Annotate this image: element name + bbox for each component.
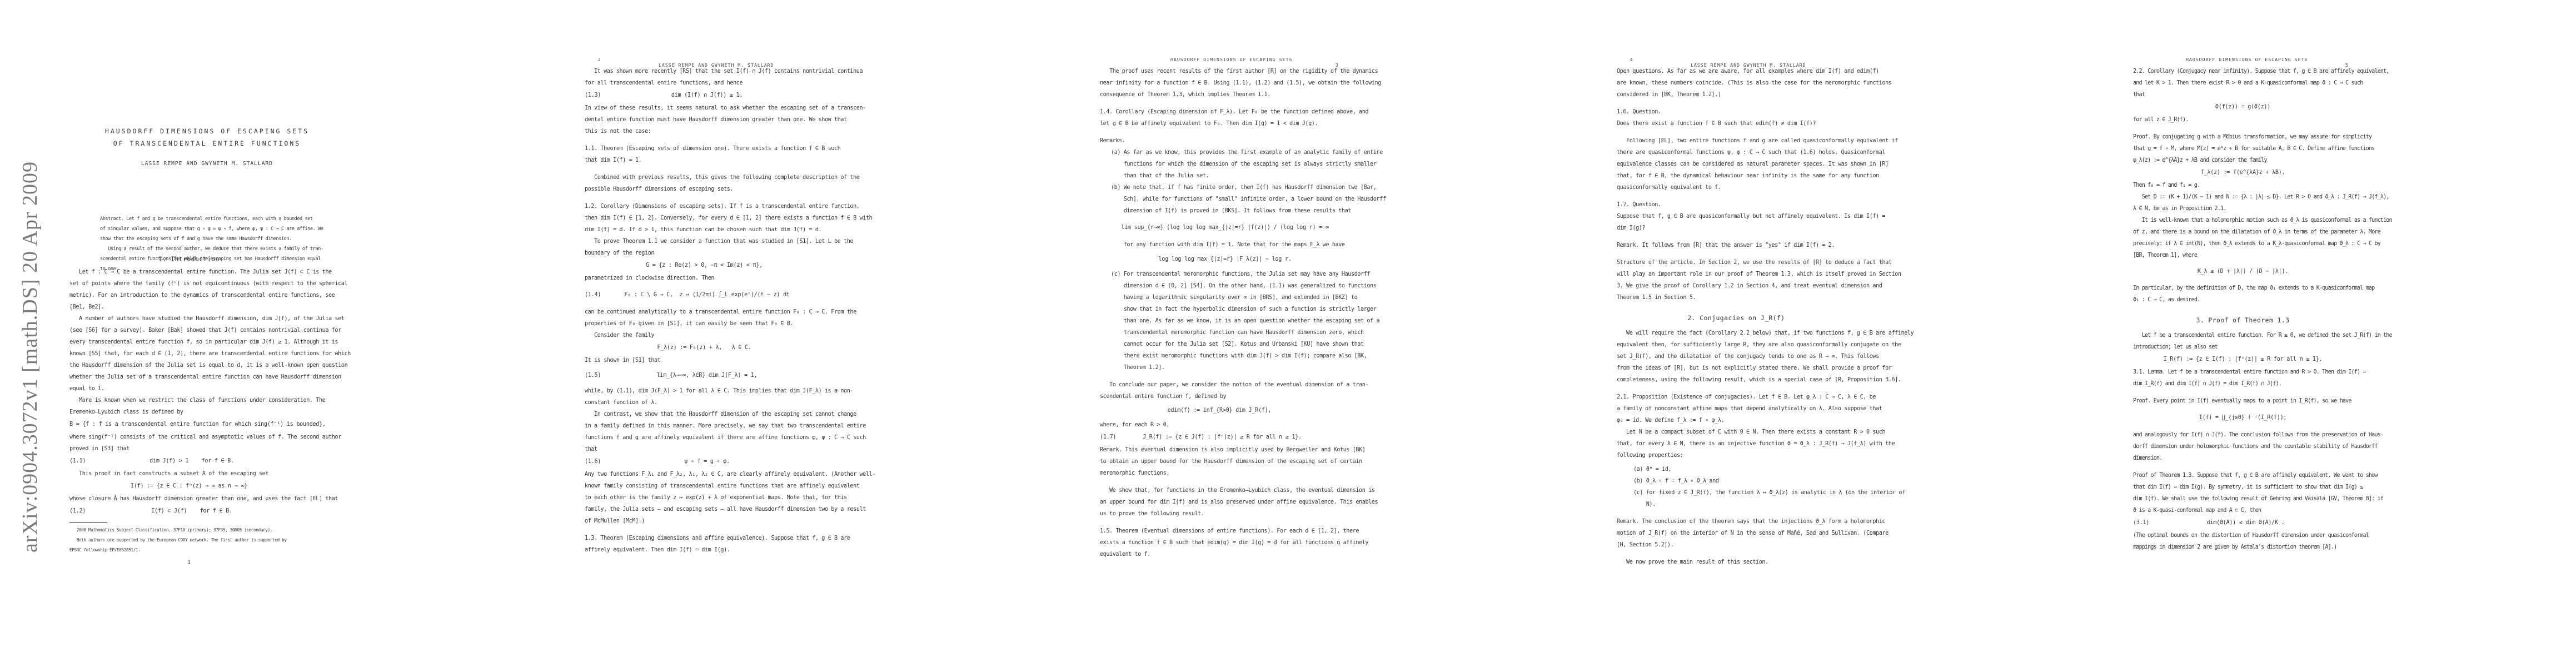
body-line: The proof uses recent results of the fir…: [1100, 66, 1339, 77]
body-line: to each other is the family z ↦ exp(z) +…: [585, 492, 824, 504]
body-line: We will require the fact (Corollary 2.2 …: [1617, 327, 1856, 339]
body-line: consequence of Theorem 1.3, which implie…: [1100, 89, 1339, 101]
body-line: set of points where the family (fⁿ) is n…: [69, 278, 308, 290]
property-item: (b) ϑ_λ ∘ f = f_λ ∘ ϑ_λ and: [1633, 475, 1856, 487]
page-number: 1: [69, 558, 308, 568]
equation-1-1: (1.1)dim J(f) > 1 for f ∈ B.: [69, 455, 308, 468]
page-3: HAUSDORFF DIMENSIONS OF ESCAPING SETS 3 …: [1030, 0, 1546, 667]
body-line: from the ideas of [R], but is not explic…: [1617, 362, 1856, 374]
body-line: A number of authors have studied the Hau…: [69, 313, 308, 325]
body-line: whose closure Ā has Hausdorff dimension …: [69, 493, 308, 505]
section-heading-conjugacies: 2. Conjugacies on J_R(f): [1617, 315, 1856, 322]
body-line: that, for f ∈ B, the dynamical behaviour…: [1617, 170, 1856, 182]
remark-a: (a) As far as we know, this provides the…: [1111, 147, 1339, 158]
proof-line: In particular, by the definition of D, t…: [2133, 282, 2353, 294]
remark-c: (c) For transcendental meromorphic funct…: [1111, 268, 1339, 280]
equation-1-4: (1.4)F₀ : C \ Ḡ → C, z ↦ (1/2πi) ∫_L exp…: [585, 284, 824, 306]
body-line: are known, these numbers coincide. (This…: [1617, 77, 1856, 89]
equation-1-3: (1.3)dim (I(f) ∩ J(f)) ≥ 1.: [585, 89, 824, 102]
corollary-2-2: 2.2. Corollary (Conjugacy near infinity)…: [2133, 66, 2353, 77]
introduction: 1. Introduction Let f : C → C be a trans…: [69, 256, 308, 568]
body-line: parametrized in clockwise direction. The…: [585, 272, 824, 284]
body-line: dental entire function must have Hausdor…: [585, 114, 824, 126]
body-line: Remark. This eventual dimension is also …: [1100, 444, 1339, 456]
running-head-title: HAUSDORFF DIMENSIONS OF ESCAPING SETS: [2186, 57, 2308, 62]
footnote-msc: 2000 Mathematics Subject Classification.…: [69, 525, 308, 535]
body-line: Let f be a transcendental entire functio…: [2133, 330, 2353, 341]
property-item: (c) for fixed z ∈ J_R(f), the function λ…: [1633, 487, 1856, 499]
corollary-2-2: that: [2133, 89, 2353, 101]
body-line: there are quasiconformal functions ψ, φ …: [1617, 147, 1856, 158]
proof-line: dim I(f). We shall use the following res…: [2133, 493, 2353, 505]
section-heading-introduction: 1. Introduction: [69, 256, 308, 263]
abstract-line: Abstract. Let f and g be transcendental …: [100, 214, 311, 224]
body-line: for all z ∈ J_R(f).: [2133, 114, 2353, 126]
body-line: To prove Theorem 1.1 we consider a funct…: [585, 236, 824, 247]
body-line: will play an important role in our proof…: [1617, 268, 1856, 280]
equation-edim: edim(f) := inf_{R>0} dim J_R(f),: [1100, 402, 1339, 419]
paper-title-line-2: OF TRANSCENDENTAL ENTIRE FUNCTIONS: [83, 137, 331, 150]
equation-escaping-set: I(f) := {z ∈ C : fⁿ(z) → ∞ as n → ∞}: [69, 480, 308, 493]
proof-line: that g = f ∘ M, where M(z) = eᴬz + B for…: [2133, 143, 2353, 155]
body-line: every transcendental entire function f, …: [69, 336, 308, 348]
proof-line: Proof. By conjugating g with a Möbius tr…: [2133, 131, 2353, 143]
body-line: Theorem 1.5 in Section 5.: [1617, 292, 1856, 303]
theorem-1-3: affinely equivalent. Then dim I(f) = dim…: [585, 544, 824, 556]
equation-conjugacy: ϑ(f(z)) = g(ϑ(z)): [2133, 101, 2353, 114]
body-line: where sing(f⁻¹) consists of the critical…: [69, 431, 308, 443]
body-line: Any two functions F_λ₁ and F_λ₂, λ₁, λ₂ …: [585, 469, 824, 480]
equation-1-7: (1.7)J_R(f) := {z ∈ J(f) : |fⁿ(z)| ≥ R f…: [1100, 431, 1339, 444]
body-line: proved in [S3] that: [69, 443, 308, 455]
body-line: More is known when we restrict the class…: [69, 395, 308, 406]
body-line: We now prove the main result of this sec…: [1617, 556, 1856, 568]
equation-union: I(f) = ⋃_{j≥0} f⁻ʲ(I_R(f));: [2133, 407, 2353, 429]
remark-b: (b) We note that, if f has finite order,…: [1111, 182, 1339, 193]
body-line: Open questions. As far as we are aware, …: [1617, 66, 1856, 77]
proposition-2-1: that, for every λ ∈ N, there is an injec…: [1617, 438, 1856, 450]
paper-authors: LASSE REMPE AND GWYNETH M. STALLARD: [83, 161, 331, 167]
theorem-1-1: 1.1. Theorem (Escaping sets of dimension…: [585, 143, 824, 155]
property-item: N).: [1633, 499, 1856, 510]
remark-a: functions for which the dimension of the…: [1111, 158, 1339, 170]
remarks-heading: Remarks.: [1100, 135, 1339, 147]
body-line: To conclude our paper, we consider the n…: [1100, 379, 1339, 391]
body-line: Remark. The conclusion of the theorem sa…: [1617, 516, 1856, 527]
page-2: 2 LASSE REMPE AND GWYNETH M. STALLARD It…: [515, 0, 1030, 667]
body-line: an upper bound for dim I(f) and is also …: [1100, 496, 1339, 508]
remark-a: than that of the Julia set.: [1111, 170, 1339, 182]
section-heading-proof-theorem-1-3: 3. Proof of Theorem 1.3: [2133, 317, 2353, 324]
corollary-1-4: 1.4. Corollary (Escaping dimension of F_…: [1100, 106, 1339, 118]
body-line: known family consisting of transcendenta…: [585, 480, 824, 492]
proof-line: mappings in dimension 2 are given by Ast…: [2133, 541, 2353, 553]
body-line: set J_R(f), and the dilatation of the co…: [1617, 351, 1856, 362]
page-1: HAUSDORFF DIMENSIONS OF ESCAPING SETS OF…: [0, 0, 515, 667]
body-line: known [S5] that, for each d ∈ (1, 2], th…: [69, 348, 308, 360]
body-line: It was shown more recently [RS] that the…: [585, 66, 824, 77]
equation-family-F: F_λ(z) := F₀(z) + λ, λ ∈ C.: [585, 341, 824, 355]
corollary-2-2: and let K > 1. Then there exist R > 0 an…: [2133, 77, 2353, 89]
proposition-2-1: a family of nonconstant affine maps that…: [1617, 403, 1856, 415]
running-head-title: HAUSDORFF DIMENSIONS OF ESCAPING SETS: [1170, 57, 1292, 62]
body-line: Remark. It follows from [R] that the ans…: [1617, 240, 1856, 251]
proposition-2-1: 2.1. Proposition (Existence of conjugaci…: [1617, 391, 1856, 403]
equation-3-1: (3.1)dim(ϑ(A)) ≤ dim ϑ(A)/K .: [2133, 516, 2353, 530]
proof-line: precisely: if λ ∈ int(N), then ϑ_λ exten…: [2133, 238, 2353, 250]
body-line: metric). For an introduction to the dyna…: [69, 290, 308, 301]
body-line: Eremenko–Lyubich class is defined by: [69, 406, 308, 418]
proof-line: of z, and there is a bound on the dilata…: [2133, 226, 2353, 238]
body-line: We show that, for functions in the Ereme…: [1100, 485, 1339, 496]
body-line: [H, Section 5.2]).: [1617, 539, 1856, 551]
theorem-1-3: 1.3. Theorem (Escaping dimensions and af…: [585, 532, 824, 544]
body-line: considered in [BK, Theorem 1.2].): [1617, 89, 1856, 101]
equation-1-2: (1.2)I(f) ⊂ J(f) for f ∈ B.: [69, 505, 308, 518]
proposition-2-1: following properties:: [1617, 450, 1856, 461]
equation-1-6: (1.6)ψ ∘ f = g ∘ φ.: [585, 455, 824, 469]
proof-line: [BR, Theorem 1], where: [2133, 250, 2353, 261]
body-line: while, by (1.1), dim J(F_λ) > 1 for all …: [585, 385, 824, 397]
body-line: to obtain an upper bound for the Hausdor…: [1100, 456, 1339, 467]
question-1-7: 1.7. Question.: [1617, 199, 1856, 211]
body-line: motion of J_R(f) on the interior of N in…: [1617, 527, 1856, 539]
remark-b: dimension of I(f) is proved in [BKS]. It…: [1111, 205, 1339, 217]
theorem-1-5: equivalent to f.: [1100, 549, 1339, 560]
question-1-6: Does there exist a function f ∈ B such t…: [1617, 118, 1856, 130]
lemma-3-1: dim I_R(f) and dim I(f) ∩ J(f) = dim I_R…: [2133, 378, 2353, 390]
body-line: in a family defined in this manner. More…: [585, 420, 824, 432]
proof-line: and analogously for I(f) ∩ J(f). The con…: [2133, 429, 2353, 441]
corollary-1-2: then dim I(f) ∈ [1, 2]. Conversely, for …: [585, 212, 824, 224]
theorem-1-1: that dim I(f) = 1.: [585, 155, 824, 166]
body-line: possible Hausdorff dimensions of escapin…: [585, 183, 824, 195]
page-3-body: The proof uses recent results of the fir…: [1100, 66, 1339, 560]
page-number: 2: [598, 57, 601, 62]
body-line: where, for each R > 0,: [1100, 419, 1339, 431]
body-line: properties of F₀ given in [S1], it can e…: [585, 318, 824, 330]
body-line: In view of these results, it seems natur…: [585, 102, 824, 114]
body-line: family, the Julia sets – and escaping se…: [585, 504, 824, 515]
proposition-2-1: Let N be a compact subset of C with 0 ∈ …: [1617, 426, 1856, 438]
body-line: functions f and g are affinely equivalen…: [585, 432, 824, 444]
page-4-body: Open questions. As far as we are aware, …: [1617, 66, 1856, 568]
remark-c: there exist meromorphic functions with d…: [1111, 350, 1339, 362]
proof-line: that dim I(f) = dim I(g). By symmetry, i…: [2133, 481, 2353, 493]
body-line: Let f : C → C be a transcendental entire…: [69, 266, 308, 278]
remark-c: cannot occur for the Julia set [S2]. Kot…: [1111, 339, 1339, 350]
question-1-7: Suppose that f, g ∈ B are quasiconformal…: [1617, 211, 1856, 222]
page-4: 4 LASSE REMPE AND GWYNETH M. STALLARD Op…: [1546, 0, 2061, 667]
body-line: whether the Julia set of a transcendenta…: [69, 371, 308, 383]
body-line: for all transcendental entire functions,…: [585, 77, 824, 89]
remark-c: than one. As far as we know, it is an op…: [1111, 315, 1339, 327]
page-number: 4: [1630, 57, 1633, 62]
equation-I-R: I_R(f) := {z ∈ I(f) : |fⁿ(z)| ≥ R for al…: [2133, 353, 2353, 366]
equation-limsup: lim sup_{r→∞} (log log log max_{|z|=r} |…: [1111, 217, 1339, 239]
footnote-rule: [69, 522, 107, 523]
body-line: can be continued analytically to a trans…: [585, 306, 824, 318]
proof-line: λ ∈ N, be as in Proposition 2.1.: [2133, 203, 2353, 215]
proof-line: dorff dimension under holomorphic functi…: [2133, 441, 2353, 452]
body-line: Combined with previous results, this giv…: [585, 172, 824, 183]
body-line: the Hausdorff dimension of the Julia set…: [69, 360, 308, 371]
theorem-1-5: exists a function f ∈ B such that edim(g…: [1100, 537, 1339, 549]
equation-f-lambda: f_λ(z) := f(e^{λA}z + λB).: [2133, 166, 2353, 180]
body-line: Consider the family: [585, 330, 824, 341]
equation-K-bound: K_λ ≤ (D + |λ|) / (D − |λ|).: [2133, 261, 2353, 282]
body-line: that: [585, 444, 824, 455]
body-line: near infinity for a function f ∈ B. Usin…: [1100, 77, 1339, 89]
proof-line: φ_λ(z) := e^{λA}z + λB and consider the …: [2133, 155, 2353, 166]
body-line: of McMullen [McM].): [585, 515, 824, 527]
body-line: [Be1, Be2].: [69, 301, 308, 313]
proof-line: ϑ is a K-quasi-conformal map and A ⊂ C, …: [2133, 505, 2353, 516]
body-line: In contrast, we show that the Hausdorff …: [585, 409, 824, 420]
body-line: Structure of the article. In Section 2, …: [1617, 257, 1856, 268]
property-item: (a) ϑ⁰ = id,: [1633, 464, 1856, 475]
proof-line: It is well-known that a holomorphic moti…: [2133, 215, 2353, 226]
page-2-body: It was shown more recently [RS] that the…: [585, 66, 824, 556]
title-block: HAUSDORFF DIMENSIONS OF ESCAPING SETS OF…: [83, 125, 331, 167]
proof-line: Proof. Every point in I(f) eventually ma…: [2133, 395, 2353, 407]
lemma-3-1: 3.1. Lemma. Let f be a transcendental en…: [2133, 366, 2353, 378]
body-line: constant function of λ.: [585, 397, 824, 409]
body-line: equivalence classes can be considered as…: [1617, 158, 1856, 170]
page-5-body: 2.2. Corollary (Conjugacy near infinity)…: [2133, 66, 2353, 553]
abstract-line: show that the escaping sets of f and g h…: [100, 234, 311, 244]
body-line: It is shown in [S1] that: [585, 355, 824, 366]
proof-line: Set D := (K + 1)/(K − 1) and N := {λ : |…: [2133, 191, 2353, 203]
footnote-support: Both authors are supported by the Europe…: [69, 535, 308, 545]
question-1-6: 1.6. Question.: [1617, 106, 1856, 118]
page-5: HAUSDORFF DIMENSIONS OF ESCAPING SETS 5 …: [2061, 0, 2576, 667]
body-line: (see [S6] for a survey). Baker [Bak] sho…: [69, 325, 308, 336]
remark-b: Sch], while for functions of "small" inf…: [1111, 193, 1339, 205]
body-line: us to prove the following result.: [1100, 508, 1339, 520]
proof-line: Proof of Theorem 1.3. Suppose that f, g …: [2133, 470, 2353, 481]
remark-c: transcendental meromorphic function can …: [1111, 327, 1339, 339]
remark-c: dimension d ∈ (0, 2] [S4]. On the other …: [1111, 280, 1339, 292]
body-line: This proof in fact constructs a subset A…: [69, 468, 308, 480]
abstract-line: Using a result of the second author, we …: [100, 244, 311, 254]
body-line: this is not the case:: [585, 126, 824, 137]
body-line: boundary of the region: [585, 247, 824, 259]
remark-c: having a logarithmic singularity over ∞ …: [1111, 292, 1339, 303]
proposition-2-1: φ₀ = id. We define f_λ := f ∘ φ_λ.: [1617, 415, 1856, 426]
corollary-1-2: 1.2. Corollary (Dimensions of escaping s…: [585, 201, 824, 212]
paper-title-line-1: HAUSDORFF DIMENSIONS OF ESCAPING SETS: [83, 125, 331, 137]
body-line: introduction; let us also set: [2133, 341, 2353, 353]
body-line: equal to 1.: [69, 383, 308, 395]
theorem-1-5: 1.5. Theorem (Eventual dimensions of ent…: [1100, 525, 1339, 537]
proof-line: dimension.: [2133, 452, 2353, 464]
body-line: 3. We give the proof of Corollary 1.2 in…: [1617, 280, 1856, 292]
body-line: scendental entire function f, defined by: [1100, 391, 1339, 402]
corollary-1-4: let g ∈ B be affinely equivalent to F₀. …: [1100, 118, 1339, 130]
body-line: Following [EL], two entire functions f a…: [1617, 135, 1856, 147]
body-line: completeness, using the following result…: [1617, 374, 1856, 386]
footnote-support: EPSRC fellowship EP/E052851/1.: [69, 545, 308, 555]
equation-region-G: G = {z : Re(z) > 0, −π < Im(z) < π},: [585, 259, 824, 272]
remark-b: for any function with dim I(f) = 1. Note…: [1111, 239, 1339, 251]
proof-line: Then f₀ = f and f₁ = g.: [2133, 180, 2353, 191]
abstract-line: of singular values, and suppose that g ∘…: [100, 224, 311, 234]
remark-c: show that in fact the hyperbolic dimensi…: [1111, 303, 1339, 315]
equation-1-5: (1.5)lim_{λ→−∞, λ∈R} dim J(F_λ) = 1,: [585, 366, 824, 385]
body-line: quasiconformally equivalent to f.: [1617, 182, 1856, 193]
body-line: meromorphic functions.: [1100, 467, 1339, 479]
proof-line: ϑ₁ : C → C, as desired.: [2133, 294, 2353, 306]
corollary-1-2: dim I(f) = d. If d > 1, this function ca…: [585, 224, 824, 236]
proof-line: (The optimal bounds on the distortion of…: [2133, 530, 2353, 541]
equation-class-B: B = {f : f is a transcendental entire fu…: [69, 418, 308, 431]
body-line: equivalent then, for sufficiently large …: [1617, 339, 1856, 351]
question-1-7: dim I(g)?: [1617, 222, 1856, 234]
equation-loglog: log log log max_{|z|=r} |F_λ(z)| ∼ log r…: [1111, 251, 1339, 268]
remark-c: Theorem 1.2].: [1111, 362, 1339, 374]
